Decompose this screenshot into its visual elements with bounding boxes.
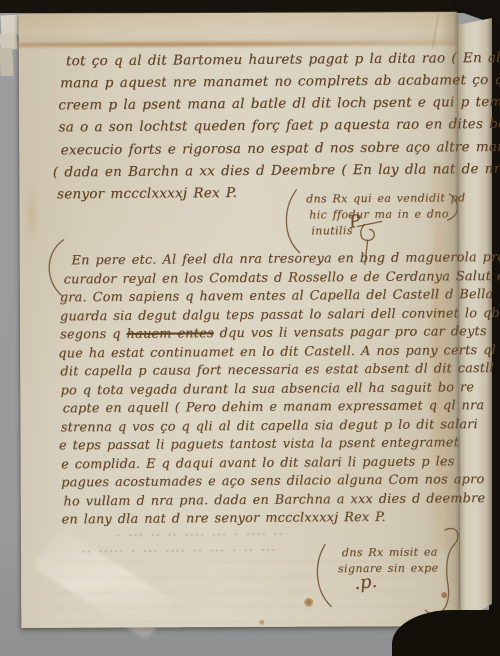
manuscript-line: execucio forts e rigorosa no espat d nos… bbox=[61, 139, 500, 159]
manuscript-line: ho vullam d nra pna. dada en Barchna a x… bbox=[63, 491, 485, 509]
manuscript-line: capte en aquell ( Pero dehim e manam exp… bbox=[63, 398, 485, 416]
margin-note-curl bbox=[447, 194, 457, 220]
manuscript-line: e teps passat li paguets tantost vista l… bbox=[59, 435, 459, 453]
note-line: hic ffodur ma in e dno bbox=[309, 207, 449, 221]
manuscript-line: mana p aquest nre manamet no complrets a… bbox=[60, 72, 500, 92]
manuscript-line: ( dada en Barchn a xx dies d Deembre ( E… bbox=[53, 161, 500, 181]
manuscript-line: creem p la psent mana al batle dl dit lo… bbox=[58, 94, 500, 114]
strikethrough-segment: hauem entes bbox=[126, 326, 213, 342]
manuscript-line: guarda sia degut dalgu teps passat lo sa… bbox=[60, 306, 500, 324]
manuscript-line: que ha estat continuamet en lo dit Caste… bbox=[58, 343, 496, 361]
line-segment: segons q bbox=[60, 327, 127, 343]
manuscript-line: strenna q vos ço q qli al dit capella si… bbox=[61, 417, 478, 435]
manuscript-line: en lany dla nat d nre senyor mccclxxxxj … bbox=[62, 510, 386, 528]
manuscript-page: tot ço q al dit Bartomeu haurets pagat p… bbox=[19, 12, 460, 628]
note-line: dns Rx misit ea bbox=[342, 545, 438, 559]
manuscript-line-corrected: segons q hauem entes dqu vos li vensats … bbox=[60, 324, 487, 342]
manuscript-line: gra. Com sapiens q havem entes al Capell… bbox=[60, 287, 494, 305]
manuscript-line: tot ço q al dit Bartomeu haurets pagat p… bbox=[66, 50, 500, 70]
faint-line: · ··· ·· ·· ···· ··· · ···· ·· bbox=[117, 530, 284, 542]
faint-line: ·· ····· · ··· ···· ·· ··· · ·· ··· bbox=[82, 546, 277, 559]
manuscript-line: po q tota vegada durant la sua absencia … bbox=[60, 380, 474, 398]
manuscript-line: dit capella p causa fort necessaria es e… bbox=[60, 361, 494, 379]
note-line: dns Rx qui ea vendidit pd bbox=[306, 191, 465, 205]
manuscript-line: sa o a son lochtst queden forç faet p aq… bbox=[58, 116, 500, 136]
manuscript-line: pagues acostumades e aço sens dilacio al… bbox=[61, 472, 484, 490]
note-line: inutilis bbox=[311, 224, 353, 237]
manuscript-line: e complida. E q daqui avant lo dit salar… bbox=[61, 454, 455, 472]
page-edge-stack-left bbox=[0, 48, 14, 77]
manuscript-line: En pere etc. Al feel dla nra tresoreya e… bbox=[71, 250, 500, 268]
photo-background: tot ço q al dit Bartomeu haurets pagat p… bbox=[0, 0, 500, 656]
manuscript-line: curador reyal en los Comdats d Rossello … bbox=[64, 269, 500, 287]
ink-layer: tot ço q al dit Bartomeu haurets pagat p… bbox=[18, 11, 461, 628]
line-segment: dqu vos li vensats pagar pro car deyts bbox=[214, 324, 487, 341]
p-paraph-letter: .p. bbox=[353, 571, 378, 594]
manuscript-line: senyor mccclxxxxj Rex P. bbox=[57, 185, 237, 202]
